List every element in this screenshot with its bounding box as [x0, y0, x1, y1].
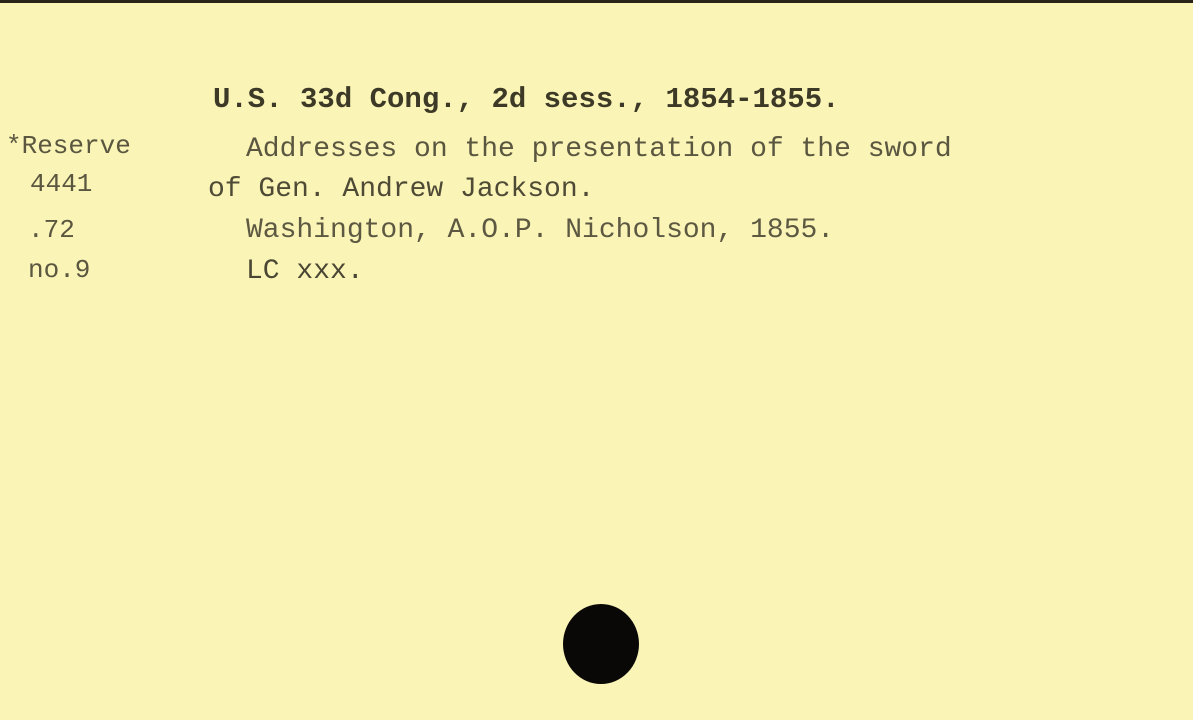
- title-line-2: of Gen. Andrew Jackson.: [208, 176, 594, 204]
- imprint-line: Washington, A.O.P. Nicholson, 1855.: [246, 217, 834, 245]
- call-number-volume: no.9: [28, 257, 90, 283]
- lc-note: LC xxx.: [246, 258, 364, 286]
- punch-hole: [563, 604, 639, 684]
- call-number-decimal: .72: [28, 217, 75, 243]
- title-line-1: Addresses on the presentation of the swo…: [246, 136, 952, 164]
- call-number-class: 4441: [30, 171, 92, 197]
- catalog-card: U.S. 33d Cong., 2d sess., 1854-1855. *Re…: [0, 0, 1193, 720]
- call-number-reserve: *Reserve: [6, 133, 131, 159]
- card-heading: U.S. 33d Cong., 2d sess., 1854-1855.: [213, 85, 840, 114]
